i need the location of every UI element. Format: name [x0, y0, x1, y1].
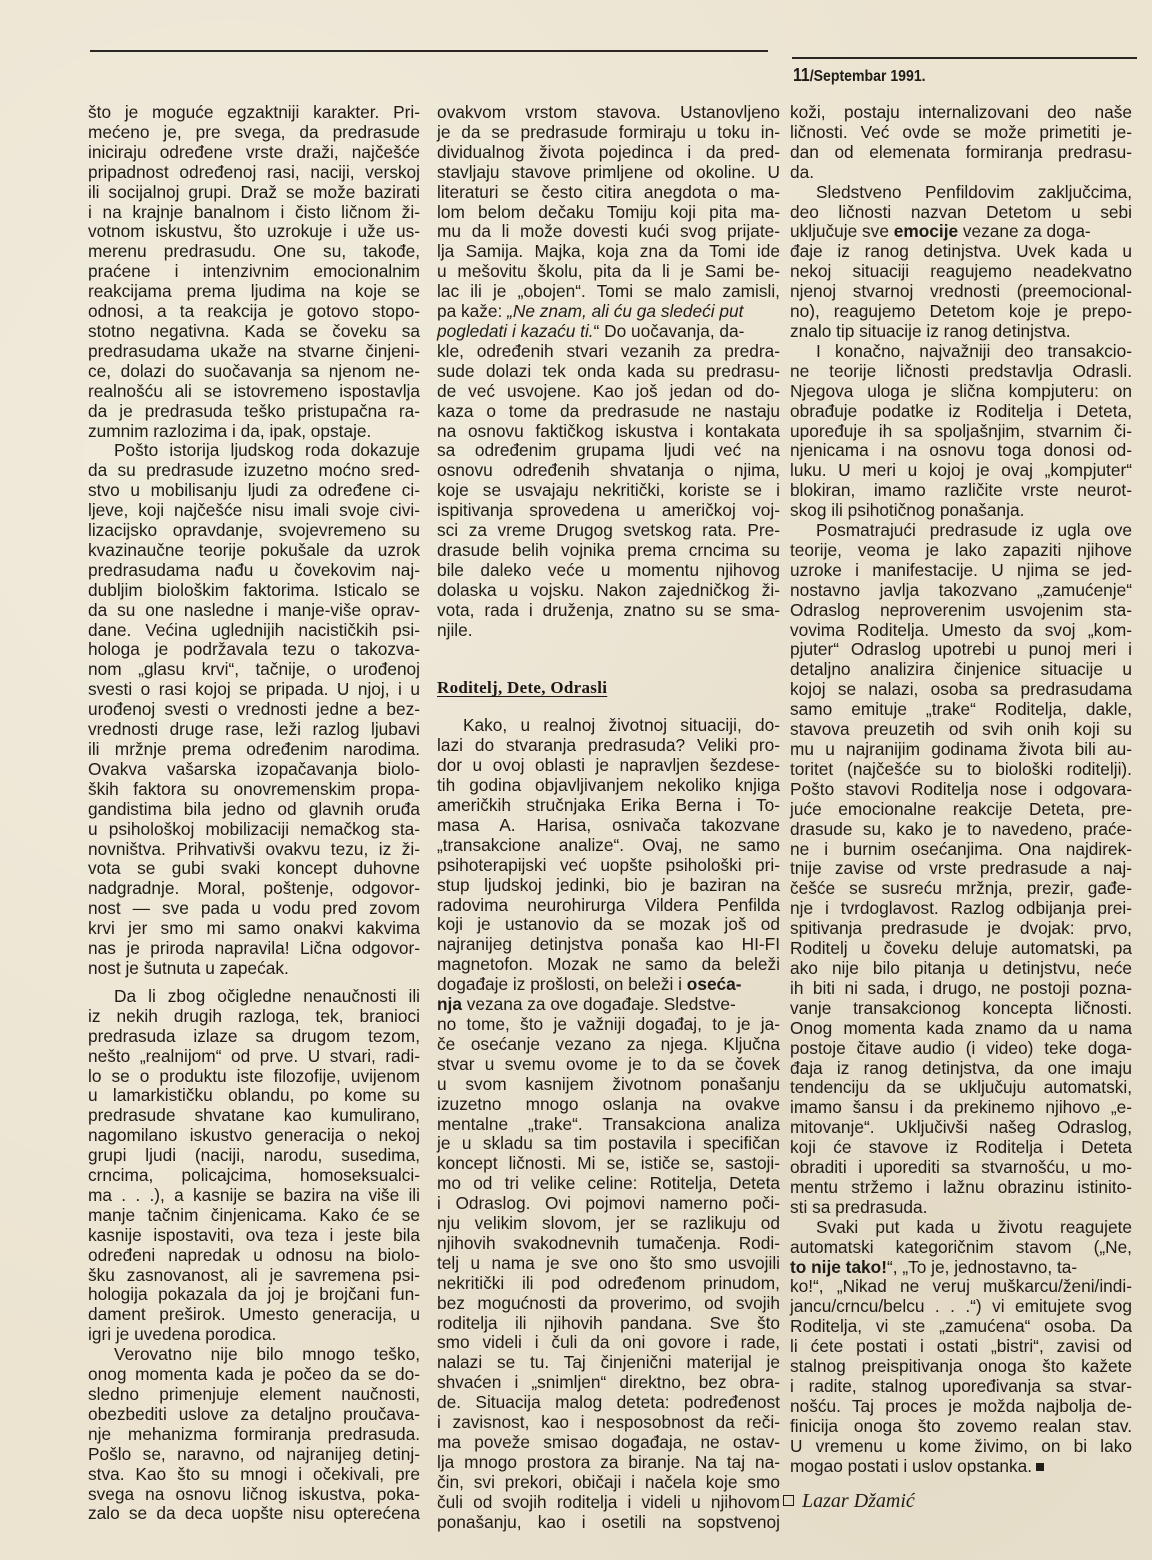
text-line: đaja iz ranog detinjstva, da one imaju [790, 1059, 1132, 1079]
text-line: određeni napredak u odnosu na biolo- [88, 1246, 420, 1266]
text-line: u psihološkoj mobilizaciji nemačkog sta- [88, 820, 420, 840]
text-line: dor u ovoj oblasti je napravljen šezdese… [437, 756, 780, 776]
text-line: nekritički ili pod određenom prinudom, [437, 1274, 780, 1294]
text-line: realnošću ali se istovremeno ispostavlja [88, 382, 420, 402]
page-header: 11/Septembar 1991. [793, 65, 926, 86]
text-line: shvaćen i „snimljen“ direktno, bez obra- [437, 1373, 780, 1393]
text-line: iniciraju određene vrste draži, najčešće [88, 143, 420, 163]
text-line: da su one nasledne i manje-više oprav- [88, 601, 420, 621]
text-line: lac ili je „obojen“. Tomi se malo zamisl… [437, 282, 780, 302]
text-line: đaje iz ranog detinjstva. Uvek kada u [790, 242, 1132, 262]
text-line: uzroke i manifestacije. U njima se jed- [790, 561, 1132, 581]
text-line: iz nekih drugih razloga, tek, branioci [88, 1007, 420, 1027]
text-line: jancu/crncu/belcu . . .“) vi emitujete s… [790, 1297, 1132, 1317]
text-line: psihoterapijski već uopšte psihološki pr… [437, 856, 780, 876]
text-line: pripadnost određenoj rasi, naciji, versk… [88, 163, 420, 183]
text-line: Pošto stavovi Roditelja nose i odgovara- [790, 780, 1132, 800]
text-line: ponašanju, kao i osetili na sopstvenoj [437, 1513, 780, 1533]
text-line: njenoj stvarnoj vrednosti (preemocional- [790, 282, 1132, 302]
text-line: toritet (najčešće su to biološki roditel… [790, 760, 1132, 780]
text-line: pjuter“ Odraslog upotrebi u punoj meri i [790, 640, 1132, 660]
text-line: vovima Roditelja. Umesto da svoj „kom- [790, 621, 1132, 641]
text-line: ko!“, „Nikad ne veruj muškarcu/ženi/indi… [790, 1277, 1132, 1297]
text-line: tendenciju da se uključuju automatski, [790, 1078, 1132, 1098]
text-line: imamo šansu i da prekinemo njihovo „e- [790, 1098, 1132, 1118]
text-line: stvar u svemu ovome je to da se čovek [437, 1055, 780, 1075]
article-column-1: što je moguće egzaktniji karakter. Pri- … [88, 103, 420, 1524]
text-line: nekoj situaciji reagujemo neadekvatno [790, 262, 1132, 282]
bold-term: emocije [894, 221, 958, 241]
text-line: Pošlo se, naravno, od najranijeg detinj- [88, 1445, 420, 1465]
paragraph-start: Posmatrajući predrasude iz ugla ove [790, 521, 1132, 541]
text-line: obezbediti uslove za detaljno proučava- [88, 1405, 420, 1425]
text-line: ških faktora su onovremenskim propa- [88, 780, 420, 800]
text-line: stavljaju stavove primljene od okoline. … [437, 163, 780, 183]
text-line: crncima, policajcima, homoseksualci- [88, 1166, 420, 1186]
section-heading: Roditelj, Dete, Odrasli [437, 678, 607, 698]
text-line: vota se gubi svaki koncept duhovne [88, 859, 420, 879]
text-line: drasude su, kako je to navedeno, praće- [790, 820, 1132, 840]
text-line: ispitivanja sprovedena u američkoj voj- [437, 501, 780, 521]
text-line: „transakcione analize“. Ovaj, ne samo [437, 836, 780, 856]
text-line: i radite, stalnog upoređivanja sa stvar- [790, 1377, 1132, 1397]
text-line: koncept ličnosti. Mi se, ističe se, sast… [437, 1154, 780, 1174]
text-line-with-bold: događaje iz prošlosti, on beleži i oseća… [437, 975, 780, 995]
issue-date: Septembar 1991. [814, 68, 926, 85]
text-line: stup ljudskoj jedinki, bio je baziran na [437, 876, 780, 896]
text-line: no tome, što je važniji događaj, to je j… [437, 1015, 780, 1035]
text-line: detaljno analizira činjenice situacije u [790, 660, 1132, 680]
text-line: predrasuda izlaze sa drugom tezom, [88, 1027, 420, 1047]
text-line: igri je uvedena porodica. [88, 1325, 420, 1345]
text-line: mu u najranijim godinama života bili au- [790, 740, 1132, 760]
text-line: luku. U meri u kojoj je ovaj „kompjuter“ [790, 461, 1132, 481]
text-line: dividualnog života pojedinca i da pred- [437, 143, 780, 163]
header-rule-right [792, 57, 1137, 59]
hollow-square-icon [783, 1495, 794, 1506]
text-line: upoređuje ih sa spoljašnjim, stvarnim či… [790, 422, 1132, 442]
text-line: znalo tip situacije iz ranog detinjstva. [790, 322, 1132, 342]
text-line: automatski kategoričnim stavom („Ne, [790, 1238, 1132, 1258]
text-line: tih godina objavljivanjem nekoliko knjig… [437, 776, 780, 796]
text-line: nošću. Taj proces je možda najbolja de- [790, 1397, 1132, 1417]
text-line: radovima neurohirurga Vildera Penfilda [437, 896, 780, 916]
text-line: če osećanje vezano za njega. Ključna [437, 1035, 780, 1055]
text-line: praćene i intenzivnim emocionalnim [88, 262, 420, 282]
text-line: američkih stručnjaka Erika Berna i To- [437, 796, 780, 816]
text-line: spitivanja predrasude je dvojak: prvo, [790, 919, 1132, 939]
text-line-with-bold: to nije tako!“, „To je, jednostavno, ta- [790, 1258, 1132, 1278]
text-line: nas je priroda napravila! Lična odgovor- [88, 939, 420, 959]
text-line: li ćete postati i ostati „bistri“, zavis… [790, 1337, 1132, 1357]
text-line: svesti o rasi kojoj se pripada. U njoj, … [88, 680, 420, 700]
text-line-with-bold: nja vezana za ove događaje. Sledstve- [437, 995, 780, 1015]
text-line: koži, postaju internalizovani deo naše [790, 103, 1132, 123]
text-line: koje se usvajaju nekritički, koriste se … [437, 481, 780, 501]
bold-term: nja [437, 994, 462, 1014]
text-line: predrasude shvatane kao kumulirano, [88, 1106, 420, 1126]
text-line: stalnog preispitivanja onoga što kažete [790, 1357, 1132, 1377]
text-line: masa A. Harisa, osnivača takozvane [437, 816, 780, 836]
quote-italic: pogledati i kazaću ti. [437, 321, 594, 341]
text-line: što je moguće egzaktniji karakter. Pri- [88, 103, 420, 123]
text-line: sa određenim grupama ljudi već na [437, 441, 780, 461]
text-line: nagomilano iskustvo generacija o nekoj [88, 1126, 420, 1146]
text-line: manje tačnim činjenicama. Kako će se [88, 1206, 420, 1226]
text-run: vezane za doga- [958, 221, 1091, 241]
text-line: krvi jer smo mi samo onakvi kakvima [88, 919, 420, 939]
text-line: da su predrasude izuzetno moćno sred- [88, 461, 420, 481]
text-line: juće emocionalne reakcije Deteta, pre- [790, 800, 1132, 820]
text-line: čuli od svojih roditelja i videli u njih… [437, 1493, 780, 1513]
text-line: tnije zavise od vrste predrasude a naj- [790, 859, 1132, 879]
header-rule-left [90, 50, 768, 52]
text-run: mogao postati i uslov opstanka. [790, 1456, 1032, 1476]
author-byline: Lazar Džamić [783, 1490, 915, 1513]
paragraph-start: I konačno, najvažniji deo transakcio- [790, 342, 1132, 362]
text-run: vezana za ove događaje. Sledstve- [462, 994, 736, 1014]
text-line: lja mnogo prostora za biranje. Na taj na… [437, 1453, 780, 1473]
text-line-with-quote: pa kaže: „Ne znam, ali ću ga sledeći put [437, 302, 780, 322]
text-line: roditelja ili njihovih pandana. Sve što [437, 1314, 780, 1334]
text-line: ih biti ni sada, i drugo, ne postoji poz… [790, 979, 1132, 999]
text-line: i Odraslog. Ovi pojmovi namerno poči- [437, 1194, 780, 1214]
text-line: u svom kasnijem životnom ponašanju [437, 1075, 780, 1095]
text-line: novništva. Prihvativši ovakvu tezu, iz ž… [88, 840, 420, 860]
text-line: kle, određenih stvari vezanih za predra- [437, 342, 780, 362]
end-of-article-mark-icon [1036, 1463, 1044, 1471]
text-line-with-bold: uključuje sve emocije vezane za doga- [790, 222, 1132, 242]
text-line: lom belom dečaku Tomiju koji pita ma- [437, 203, 780, 223]
text-line: koji će stavove iz Roditelja i Deteta [790, 1138, 1132, 1158]
text-line: nešto „realnijom“ od prve. U stvari, rad… [88, 1047, 420, 1067]
text-line: dan od elemenata formiranja predrasu- [790, 143, 1132, 163]
text-line: reakcijama prema ljudima na koje se [88, 282, 420, 302]
text-line: lazi do stvaranja predrasuda? Veliki pro… [437, 736, 780, 756]
text-line: nje i tvrdoglavost. Razlog odbijanja pre… [790, 899, 1132, 919]
text-line: najranijeg detinjstva ponaša kao HI-FI [437, 935, 780, 955]
text-line: Roditelja, vi ste „zamućena“ osoba. Da [790, 1317, 1132, 1337]
text-line: mitovanje“. Uključivši našeg Odraslog, [790, 1118, 1132, 1138]
text-line: teorije, veoma je lako zapaziti njihove [790, 541, 1132, 561]
text-line: mu da li može dovesti kući svog prijate- [437, 222, 780, 242]
text-line: koji je ustanovio da se mozak još od [437, 915, 780, 935]
text-line: vrednosti druge rase, leži razlog ljubav… [88, 720, 420, 740]
text-line-end: mogao postati i uslov opstanka. [790, 1457, 1132, 1477]
text-line: kaza o tome da predrasude ne nastaju [437, 402, 780, 422]
text-line: dane. Većina uglednijih nacističkih psi- [88, 621, 420, 641]
text-line: de. Situacija malog deteta: podređenost [437, 1393, 780, 1413]
text-line: lo se o produktu iste filozofije, uvijen… [88, 1067, 420, 1087]
text-line: ili socijalnoj grupi. Draž se može bazir… [88, 183, 420, 203]
text-line: mo od tri velike celine: Rotitelja, Dete… [437, 1174, 780, 1194]
text-run: “, „To je, jednostavno, ta- [887, 1257, 1077, 1277]
text-line: Njegova uloga je slična kompjuteru: on [790, 382, 1132, 402]
paragraph-start: Da li zbog očigledne nenaučnosti ili [88, 987, 420, 1007]
text-line: ovakvom vrstom stavova. Ustanovljeno [437, 103, 780, 123]
bold-term: oseća- [687, 974, 742, 994]
text-line: dubljim biološkim faktorima. Isticalo se [88, 581, 420, 601]
text-line: sci za vreme Drugog svetskog rata. Pre- [437, 521, 780, 541]
text-line: nje mehanizma formiranja predrasuda. [88, 1425, 420, 1445]
text-line: hologija pokazala da joj je brojčani fun… [88, 1285, 420, 1305]
text-line: predrasudama nađu u čovekovim naj- [88, 561, 420, 581]
text-line: Onog momenta kada znamo da u nama [790, 1019, 1132, 1039]
text-line: na osnovu faktičkog iskustva i kontakata [437, 422, 780, 442]
quote-tail: “ Do uočavanja, da- [594, 321, 745, 341]
text-line: de već usvojene. Kao još jedan od do- [437, 382, 780, 402]
text-line: čin, svi prekori, običaji i načela koje … [437, 1473, 780, 1493]
text-line: kvazinaučne teorije pokušale da uzrok [88, 541, 420, 561]
text-line: nostavno javlja takozvano „zamućenje“ [790, 581, 1132, 601]
text-line: ljeve, koji najčešće nisu imali svoje ci… [88, 501, 420, 521]
text-line: telj u nama je sve ono što smo usvojili [437, 1254, 780, 1274]
text-run: uključuje sve [790, 221, 894, 241]
text-line: mentalne „trake“. Transakciona analiza [437, 1115, 780, 1135]
text-line: votnom iskustvu, što uzrokuje i uže us- [88, 222, 420, 242]
bold-quote: to nije tako! [790, 1257, 887, 1277]
text-line: i na krajnje banalnom i čisto ličnom ži- [88, 203, 420, 223]
text-line: postoje čitave audio (i video) teke doga… [790, 1039, 1132, 1059]
text-line: sude dolazi tek onda kada su predrasu- [437, 362, 780, 382]
text-line: da je predrasuda teško pristupačna ra- [88, 402, 420, 422]
text-run: događaje iz prošlosti, on beleži i [437, 974, 687, 994]
text-line: nalazi se tu. Taj činjenični materijal j… [437, 1353, 780, 1373]
text-line: literaturi se često citira anegdota o ma… [437, 183, 780, 203]
author-name: Lazar Džamić [802, 1490, 915, 1512]
text-line: no), reagujemo Detetom koje je prepo- [790, 302, 1132, 322]
text-line: izuzetno mnogo oslanja na ovakve [437, 1095, 780, 1115]
text-line: magnetofon. Mozak ne samo da beleži [437, 955, 780, 975]
text-line: vota, rada i druženja, znatno su se sma- [437, 601, 780, 621]
text-line: je da se predrasude formiraju u toku in- [437, 123, 780, 143]
text-line: ako nije bilo pitanja u detinjstvu, neće [790, 959, 1132, 979]
quote-italic: „Ne znam, ali ću ga sledeći put [507, 301, 743, 321]
text-line: mentu stržemo i lažnu obrazinu istinito- [790, 1178, 1132, 1198]
paragraph-start: Svaki put kada u životu reagujete [790, 1218, 1132, 1238]
text-line: deo ličnosti nazvan Detetom u sebi [790, 203, 1132, 223]
quote-lead: pa kaže: [437, 301, 507, 321]
text-line: drasude belih vojnika prema crncima su [437, 541, 780, 561]
text-line: grupi ljudi (naciji, narodu, susedima, [88, 1146, 420, 1166]
text-line: finicija onoga što zovemo realan stav. [790, 1417, 1132, 1437]
paragraph-start: Sledstveno Penfildovim zaključcima, [790, 183, 1132, 203]
text-line: Ovakva vašarska izopačavanja biolo- [88, 760, 420, 780]
page-number: 11 [793, 65, 810, 85]
text-line: nost — sve pada u vodu pred zovom [88, 899, 420, 919]
text-line: bez mogućnosti da proverimo, od svojih [437, 1294, 780, 1314]
text-line: merenu predrasudu. One su, takođe, [88, 242, 420, 262]
text-line: onog momenta kada je počeo da se do- [88, 1365, 420, 1385]
text-line: ne i burnim osećanjima. Ona najdirek- [790, 840, 1132, 860]
text-line: stotno negativna. Kada se čoveku sa [88, 322, 420, 342]
text-line: ne teorije ličnosti predstavlja Odrasli. [790, 362, 1132, 382]
text-line: skog ili psihotičnog ponašanja. [790, 501, 1132, 521]
text-line: stavova preuzetih od svih onih koji su [790, 720, 1132, 740]
text-line: da. [790, 163, 1132, 183]
text-line: dament preširok. Umesto generacija, u [88, 1305, 420, 1325]
text-line: stvo u mobilisanju ljudi za određene ci- [88, 481, 420, 501]
text-line: sledno primenjuje element naučnosti, [88, 1385, 420, 1405]
text-line: je u skladu sa tim postavila i specifiča… [437, 1134, 780, 1154]
text-line: Odraslog neproverenim usvojenim sta- [790, 601, 1132, 621]
text-line: odnosi, a ta reakcija je gotovo stopo- [88, 302, 420, 322]
text-line: nost je šutnuta u zapećak. [88, 959, 420, 979]
article-column-2: ovakvom vrstom stavova. Ustanovljeno je … [437, 103, 780, 1533]
text-line: urođenoj svesti o vrednosti jedne a bez- [88, 700, 420, 720]
text-line-with-quote: pogledati i kazaću ti.“ Do uočavanja, da… [437, 322, 780, 342]
text-line: kojoj se nalazi, osoba sa predrasudama [790, 680, 1132, 700]
text-line: ma poveže smisao događaja, ne ostav- [437, 1433, 780, 1453]
text-line: sti sa predrasuda. [790, 1198, 1132, 1218]
text-line: u mešovitu školu, pita da li je Sami be- [437, 262, 780, 282]
text-line: bile daleko veće u momentu njihovog [437, 561, 780, 581]
text-line: nju velikim slovom, jer se razlikuju od [437, 1214, 780, 1234]
article-column-3: koži, postaju internalizovani deo naše l… [790, 103, 1132, 1477]
paragraph-start: Verovatno nije bilo mnogo teško, [88, 1345, 420, 1365]
text-line: ma . . .), a kasnije se bazira na više i… [88, 1186, 420, 1206]
text-line: Roditelj u čoveku deluje automatski, pa [790, 939, 1132, 959]
text-line: i zavisnost, kao i nesposobnost da reči- [437, 1413, 780, 1433]
text-line: stva. Kao što su mnogi i očekivali, pre [88, 1465, 420, 1485]
text-line: njenicama i na osnovu toga donosi od- [790, 441, 1132, 461]
text-line: dolaska u vojsku. Nakon zajedničkog ži- [437, 581, 780, 601]
paragraph-start: Pošto istorija ljudskog roda dokazuje [88, 441, 420, 461]
text-line: svega na osnovu ličnog iskustva, poka- [88, 1485, 420, 1505]
text-line: U vremenu u kome živimo, on bi lako [790, 1437, 1132, 1457]
text-line: zumnim razlozima i da, ipak, opstaje. [88, 422, 420, 442]
text-line: u lamarkističku oblandu, po kome su [88, 1086, 420, 1106]
text-line: nom „glasu krvi“, tačnije, o urođenoj [88, 660, 420, 680]
text-line: vanje transakcionog koncepta ličnosti. [790, 999, 1132, 1019]
text-line: njihovih svakodnevnih tumačenja. Rodi- [437, 1234, 780, 1254]
text-line: kasnije ispostaviti, ova teza i jeste bi… [88, 1226, 420, 1246]
text-line: lja Samija. Majka, koja zna da Tomi ide [437, 242, 780, 262]
text-line: nadgradnje. Moral, poštenje, odgovor- [88, 879, 420, 899]
text-line: hologa je podržavala tezu o takozva- [88, 640, 420, 660]
text-line: lizacijsko opravdanje, svojevremeno su [88, 521, 420, 541]
text-line: šku zasnovanost, ali je savremena psi- [88, 1266, 420, 1286]
text-line: njile. [437, 621, 780, 641]
paragraph-start: Kako, u realnoj životnoj situaciji, do- [437, 716, 780, 736]
text-line: ce, dolazi do suočavanja sa njenom ne- [88, 362, 420, 382]
text-line: blokiran, imamo različite vrste neurot- [790, 481, 1132, 501]
text-line: osnovu određenih shvatanja o njima, [437, 461, 780, 481]
text-line: ili mržnje prema određenim narodima. [88, 740, 420, 760]
text-line: samo emituje „trake“ Roditelja, dakle, [790, 700, 1132, 720]
text-line: češće se susreću mržnja, prezir, gađe- [790, 879, 1132, 899]
text-line: zalo se da deca uopšte nisu opterećena [88, 1504, 420, 1524]
text-line: smo videli i čuli da oni govore i rade, [437, 1333, 780, 1353]
text-line: gandistima bila jedno od glavnih oruđa [88, 800, 420, 820]
text-line: ličnosti. Već ovde se može primetiti je- [790, 123, 1132, 143]
text-line: obrađuje podatke iz Roditelja i Deteta, [790, 402, 1132, 422]
text-line: predrasudama ukaže na stvarne činjeni- [88, 342, 420, 362]
text-line: obraditi i uporediti sa stvarnošću, u mo… [790, 1158, 1132, 1178]
text-line: mećeno je, pre svega, da predrasude [88, 123, 420, 143]
